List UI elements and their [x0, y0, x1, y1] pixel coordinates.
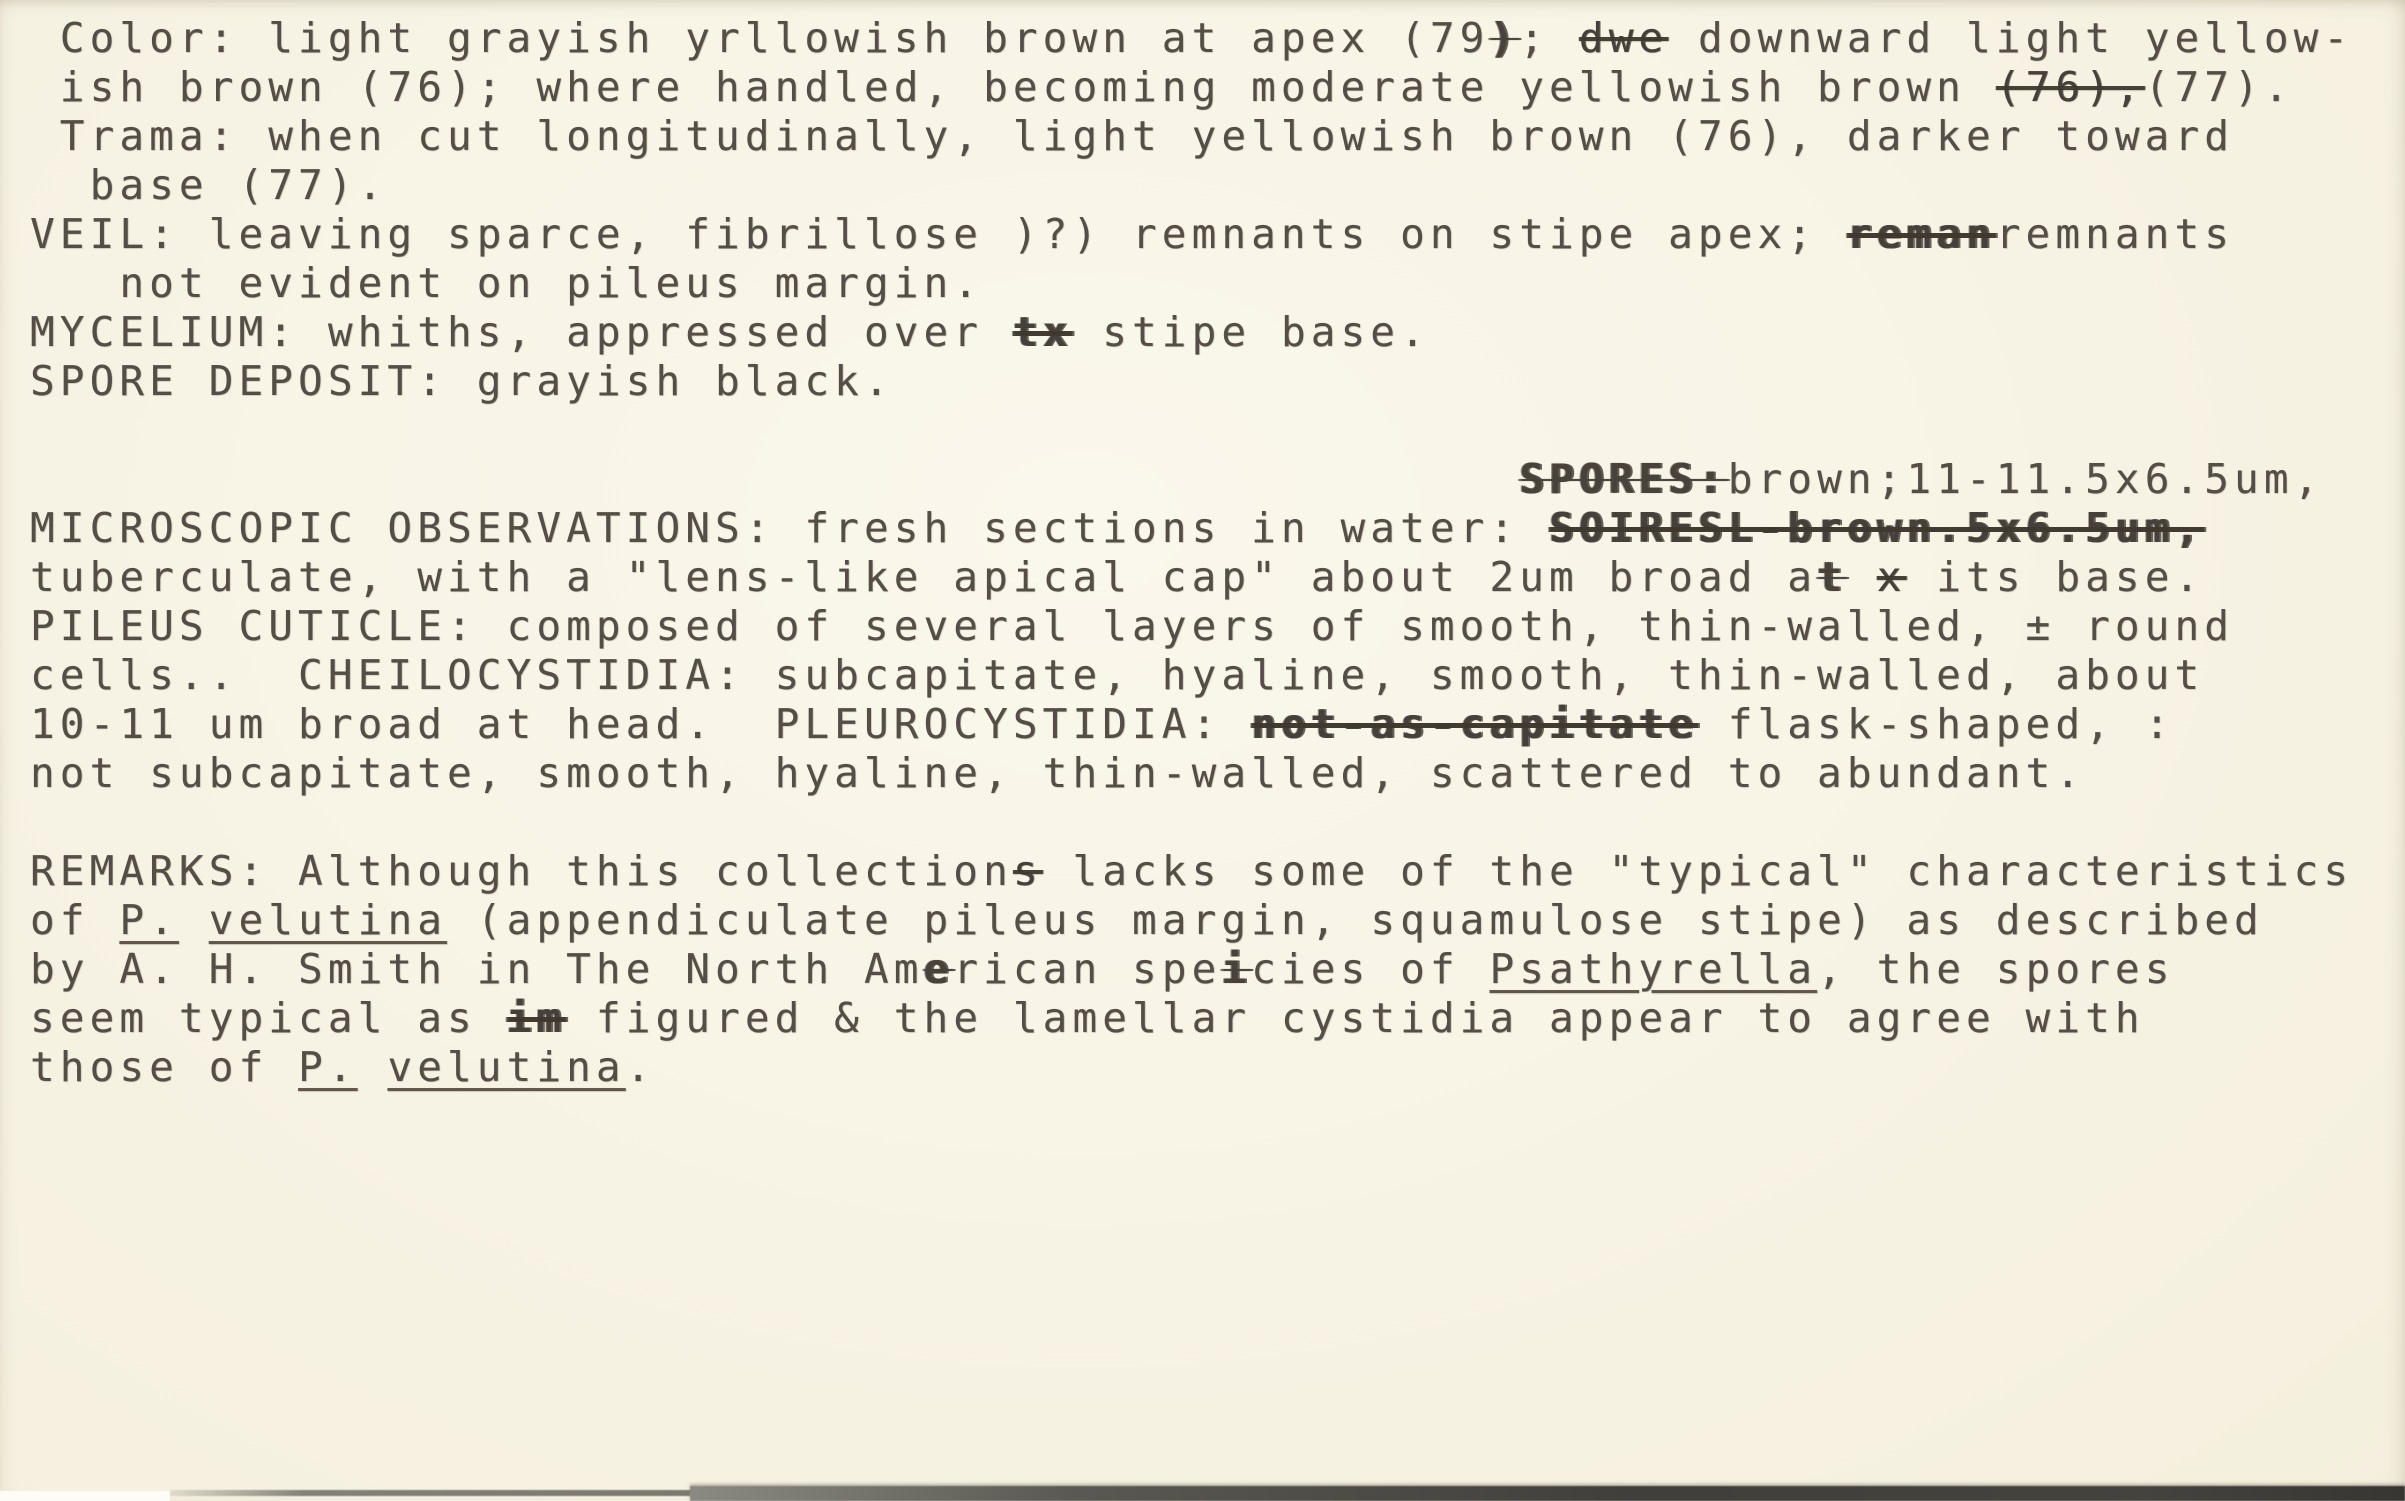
text-segment-ul: velutina: [387, 1043, 625, 1091]
text-segment-strike: not-as-capitate: [1251, 700, 1698, 748]
text-line: MICROSCOPIC OBSERVATIONS: fresh sections…: [30, 504, 2395, 553]
text-segment: by A. H. Smith in The North Am: [30, 945, 924, 993]
text-segment: cies of: [1251, 945, 1489, 993]
text-segment: downward light yellow-: [1668, 14, 2353, 62]
text-segment: , the spores: [1817, 945, 2174, 993]
text-line: Trama: when cut longitudinally, light ye…: [30, 112, 2395, 161]
text-segment-strike: (76),: [1996, 63, 2145, 111]
text-segment: MICROSCOPIC OBSERVATIONS: fresh sections…: [30, 504, 1549, 552]
text-segment: [1847, 553, 1877, 601]
text-segment: [30, 798, 60, 846]
text-segment: [30, 455, 1519, 503]
text-line: [30, 798, 2395, 847]
text-segment: PILEUS CUTICLE: composed of several laye…: [30, 602, 2234, 650]
text-line: REMARKS: Although this collections lacks…: [30, 847, 2395, 896]
text-segment-strike: x: [1877, 553, 1907, 601]
text-segment-ul: P.: [298, 1043, 358, 1091]
text-segment: [30, 406, 60, 454]
text-segment: not evident on pileus margin.: [30, 259, 983, 307]
text-segment: lacks some of the "typical" characterist…: [1043, 847, 2354, 895]
text-segment: .: [626, 1043, 656, 1091]
scan-edge-thick: [690, 1486, 2405, 1501]
text-line: ish brown (76); where handled, becoming …: [30, 63, 2395, 112]
text-segment: remnants: [1996, 210, 2234, 258]
text-segment-ot: ): [1489, 14, 1519, 62]
text-segment: flask-shaped, :: [1698, 700, 2175, 748]
text-segment: ish brown (76); where handled, becoming …: [30, 63, 1996, 111]
text-segment-strike: SOIRESL-brown.5x6.5um,: [1549, 504, 2204, 552]
text-segment: (77).: [2145, 63, 2294, 111]
text-line: tuberculate, with a "lens-like apical ca…: [30, 553, 2395, 602]
text-segment: base (77).: [30, 161, 387, 209]
text-segment-ot: e: [924, 945, 954, 993]
text-line: MYCELIUM: whiths, appressed over tx stip…: [30, 308, 2395, 357]
text-line: by A. H. Smith in The North American spe…: [30, 945, 2395, 994]
text-segment-ul: P.: [119, 896, 179, 944]
text-segment-ot: i: [1221, 945, 1251, 993]
text-segment: rican spe: [953, 945, 1221, 993]
text-segment: 10-11 um broad at head. PLEUROCYSTIDIA:: [30, 700, 1251, 748]
text-segment-strike: im: [507, 994, 567, 1042]
text-segment-strike: reman: [1847, 210, 1996, 258]
text-segment-ot: t: [1817, 553, 1847, 601]
text-line: PILEUS CUTICLE: composed of several laye…: [30, 602, 2395, 651]
text-line: base (77).: [30, 161, 2395, 210]
text-segment: [358, 1043, 388, 1091]
text-line: Color: light grayish yrllowish brown at …: [30, 14, 2395, 63]
text-line: cells.. CHEILOCYSTIDIA: subcapitate, hya…: [30, 651, 2395, 700]
text-segment: MYCELIUM: whiths, appressed over: [30, 308, 1013, 356]
text-line: those of P. velutina.: [30, 1043, 2395, 1092]
text-segment: its base.: [1906, 553, 2204, 601]
text-segment: VEIL: leaving sparce, fibrillose )?) rem…: [30, 210, 1847, 258]
text-segment: brown;11-11.5x6.5um,: [1728, 455, 2324, 503]
text-segment: tuberculate, with a "lens-like apical ca…: [30, 553, 1817, 601]
text-line: SPORES:brown;11-11.5x6.5um,: [30, 455, 2395, 504]
text-line: seem typical as im figured & the lamella…: [30, 994, 2395, 1043]
text-segment-strike: s: [1013, 847, 1043, 895]
text-segment: those of: [30, 1043, 298, 1091]
text-segment: Trama: when cut longitudinally, light ye…: [30, 112, 2234, 160]
text-segment: REMARKS: Although this collection: [30, 847, 1013, 895]
text-line: 10-11 um broad at head. PLEUROCYSTIDIA: …: [30, 700, 2395, 749]
index-card: Color: light grayish yrllowish brown at …: [0, 0, 2405, 1501]
text-segment: of: [30, 896, 119, 944]
text-segment: figured & the lamellar cystidia appear t…: [566, 994, 2145, 1042]
text-segment-strike: dwe: [1579, 14, 1668, 62]
typewritten-text: Color: light grayish yrllowish brown at …: [30, 14, 2395, 1092]
text-segment: Color: light grayish yrllowish brown at …: [30, 14, 1489, 62]
text-segment: not subcapitate, smooth, hyaline, thin-w…: [30, 749, 2085, 797]
text-segment: (appendiculate pileus margin, squamulose…: [447, 896, 2264, 944]
scan-edge-corner: [0, 1491, 170, 1501]
text-line: SPORE DEPOSIT: grayish black.: [30, 357, 2395, 406]
text-segment-ot: SPORES:: [1519, 455, 1728, 503]
text-segment: SPORE DEPOSIT: grayish black.: [30, 357, 894, 405]
text-segment: seem typical as: [30, 994, 507, 1042]
text-segment-strike: tx: [1013, 308, 1073, 356]
text-segment: cells.. CHEILOCYSTIDIA: subcapitate, hya…: [30, 651, 2204, 699]
scan-edge-thin: [170, 1490, 710, 1496]
text-segment: stipe base.: [1072, 308, 1429, 356]
text-line: not evident on pileus margin.: [30, 259, 2395, 308]
text-segment-ul: Psathyrella: [1489, 945, 1817, 993]
text-line: VEIL: leaving sparce, fibrillose )?) rem…: [30, 210, 2395, 259]
text-line: of P. velutina (appendiculate pileus mar…: [30, 896, 2395, 945]
text-segment-ul: velutina: [209, 896, 447, 944]
text-line: [30, 406, 2395, 455]
text-segment: [179, 896, 209, 944]
text-line: not subcapitate, smooth, hyaline, thin-w…: [30, 749, 2395, 798]
text-segment: ;: [1519, 14, 1579, 62]
